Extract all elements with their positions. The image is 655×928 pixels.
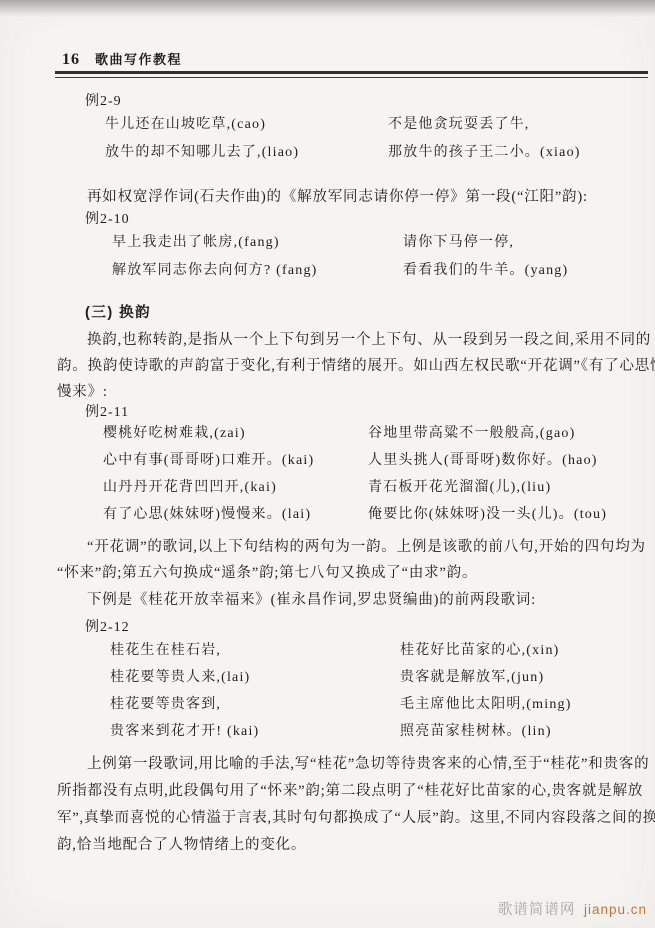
paragraph-huanyun: 换韵,也称转韵,是指从一个上下句到另一个上下句、从一段到另一段之间,采用不同的 … (57, 327, 638, 405)
paragraph-line: “怀来”韵;第五六句换成“遥条”韵;第七八句又换成了“由求”韵。 (57, 560, 638, 586)
book-title: 歌曲写作教程 (95, 49, 182, 68)
paragraph-line: 再如权宽浮作词(石夫作曲)的《解放军同志请你停一停》第一段(“江阳”韵): (57, 184, 638, 210)
lyric-row: 早上我走出了帐房,(fang) 请你下马停一停, (0, 229, 655, 257)
lyric-left: 解放军同志你去向何方? (fang) (112, 257, 318, 285)
paragraph-line: 换韵,也称转韵,是指从一个上下句到另一个上下句、从一段到另一段之间,采用不同的 (57, 327, 638, 353)
example-2-10-label: 例2-10 (85, 208, 130, 228)
lyric-left: 早上我走出了帐房,(fang) (112, 229, 280, 257)
scanned-book-page: 16 歌曲写作教程 例2-9 牛儿还在山坡吃草,(cao) 不是他贪玩耍丢了牛,… (0, 0, 655, 928)
paragraph-line: 下例是《桂花开放幸福来》(崔永昌作词,罗忠贤编曲)的前两段歌词: (57, 587, 638, 613)
lyric-right: 毛主席他比太阳明,(ming) (400, 691, 572, 718)
lyric-left: 樱桃好吃树难栽,(zai) (103, 420, 246, 447)
watermark-site-name: 歌谱简谱网 (498, 902, 576, 918)
paragraph-line: “开花调”的歌词,以上下句结构的两句为一韵。上例是该歌的前八句,开始的四句均为 (57, 534, 638, 560)
lyric-right: 青石板开花光溜溜(儿),(liu) (368, 474, 551, 501)
lyric-right: 桂花好比苗家的心,(xin) (400, 637, 560, 664)
watermark-site-url: jianpu.cn (584, 902, 647, 917)
lyric-left: 桂花要等贵人来,(lai) (110, 664, 250, 691)
example-2-12-label: 例2-12 (85, 616, 130, 636)
lyric-row: 山丹丹开花背凹凹开,(kai) 青石板开花光溜溜(儿),(liu) (0, 474, 655, 501)
scan-top-shadow (0, 0, 655, 18)
lyric-row: 解放军同志你去向何方? (fang) 看看我们的牛羊。(yang) (0, 257, 655, 285)
lyric-right: 不是他贪玩耍丢了牛, (388, 111, 530, 139)
lyric-row: 桂花要等贵人来,(lai) 贵客就是解放军,(jun) (0, 664, 655, 691)
lyric-right: 谷地里带高粱不一般般高,(gao) (368, 420, 575, 447)
lyric-right: 请你下马停一停, (403, 229, 514, 257)
header-rule (55, 71, 648, 78)
page-header: 16 歌曲写作教程 (62, 49, 182, 69)
lyric-left: 心中有事(哥哥呀)口难开。(kai) (103, 447, 314, 474)
lyric-right: 那放牛的孩子王二小。(xiao) (388, 139, 581, 167)
lyric-row: 樱桃好吃树难栽,(zai) 谷地里带高粱不一般般高,(gao) (0, 420, 655, 447)
lyric-row: 桂花要等贵客到, 毛主席他比太阳明,(ming) (0, 691, 655, 718)
watermark: 歌谱简谱网 jianpu.cn (498, 898, 647, 919)
paragraph-line: 军”,真挚而喜悦的心情溢于言表,其时句句都换成了“人辰”韵。这里,不同内容段落之… (57, 805, 638, 832)
example-2-11-lyrics: 樱桃好吃树难栽,(zai) 谷地里带高粱不一般般高,(gao) 心中有事(哥哥呀… (0, 420, 655, 528)
lyric-right: 俺要比你(妹妹呀)没一头(儿)。(tou) (368, 501, 607, 528)
lyric-left: 放牛的却不知哪儿去了,(liao) (105, 139, 299, 167)
lyric-row: 放牛的却不知哪儿去了,(liao) 那放牛的孩子王二小。(xiao) (0, 139, 655, 167)
example-2-9-label: 例2-9 (85, 90, 122, 110)
lyric-right: 贵客就是解放军,(jun) (400, 664, 544, 691)
paragraph-intro-2-10: 再如权宽浮作词(石夫作曲)的《解放军同志请你停一停》第一段(“江阳”韵): (57, 184, 638, 210)
section-heading-huanyun: (三) 换韵 (85, 301, 151, 322)
example-2-10-lyrics: 早上我走出了帐房,(fang) 请你下马停一停, 解放军同志你去向何方? (fa… (0, 229, 655, 285)
lyric-row: 牛儿还在山坡吃草,(cao) 不是他贪玩耍丢了牛, (0, 111, 655, 139)
page-number: 16 (62, 51, 80, 69)
lyric-left: 有了心思(妹妹呀)慢慢来。(lai) (103, 501, 311, 528)
paragraph-line: 韵,恰当地配合了人物情绪上的变化。 (57, 832, 638, 859)
lyric-left: 桂花生在桂石岩, (110, 637, 221, 664)
paragraph-line: 所指都没有点明,此段偶句用了“怀来”韵;第二段点明了“桂花好比苗家的心,贵客就是… (57, 778, 638, 805)
paragraph-line: 韵。换韵使诗歌的声韵富于变化,有利于情绪的展开。如山西左权民歌“开花调”《有了心… (57, 353, 638, 379)
paragraph-line: 上例第一段歌词,用比喻的手法,写“桂花”急切等待贵客来的心情,至于“桂花”和贵客… (57, 751, 638, 778)
lyric-right: 人里头挑人(哥哥呀)数你好。(hao) (368, 447, 598, 474)
lyric-right: 看看我们的牛羊。(yang) (403, 257, 568, 285)
paragraph-line: 慢来》: (57, 379, 638, 405)
example-2-11-label: 例2-11 (85, 401, 129, 421)
paragraph-intro-2-12: 下例是《桂花开放幸福来》(崔永昌作词,罗忠贤编曲)的前两段歌词: (57, 587, 638, 613)
lyric-right: 照亮苗家桂树林。(lin) (400, 718, 552, 745)
example-2-12-lyrics: 桂花生在桂石岩, 桂花好比苗家的心,(xin) 桂花要等贵人来,(lai) 贵客… (0, 637, 655, 745)
paragraph-kaihua: “开花调”的歌词,以上下句结构的两句为一韵。上例是该歌的前八句,开始的四句均为 … (57, 534, 638, 586)
lyric-row: 心中有事(哥哥呀)口难开。(kai) 人里头挑人(哥哥呀)数你好。(hao) (0, 447, 655, 474)
lyric-row: 有了心思(妹妹呀)慢慢来。(lai) 俺要比你(妹妹呀)没一头(儿)。(tou) (0, 501, 655, 528)
lyric-left: 山丹丹开花背凹凹开,(kai) (103, 474, 277, 501)
lyric-row: 贵客来到花才开! (kai) 照亮苗家桂树林。(lin) (0, 718, 655, 745)
example-2-9-lyrics: 牛儿还在山坡吃草,(cao) 不是他贪玩耍丢了牛, 放牛的却不知哪儿去了,(li… (0, 111, 655, 167)
lyric-left: 贵客来到花才开! (kai) (110, 718, 259, 745)
paragraph-final: 上例第一段歌词,用比喻的手法,写“桂花”急切等待贵客来的心情,至于“桂花”和贵客… (57, 751, 638, 859)
lyric-left: 桂花要等贵客到, (110, 691, 221, 718)
lyric-left: 牛儿还在山坡吃草,(cao) (105, 111, 266, 139)
lyric-row: 桂花生在桂石岩, 桂花好比苗家的心,(xin) (0, 637, 655, 664)
